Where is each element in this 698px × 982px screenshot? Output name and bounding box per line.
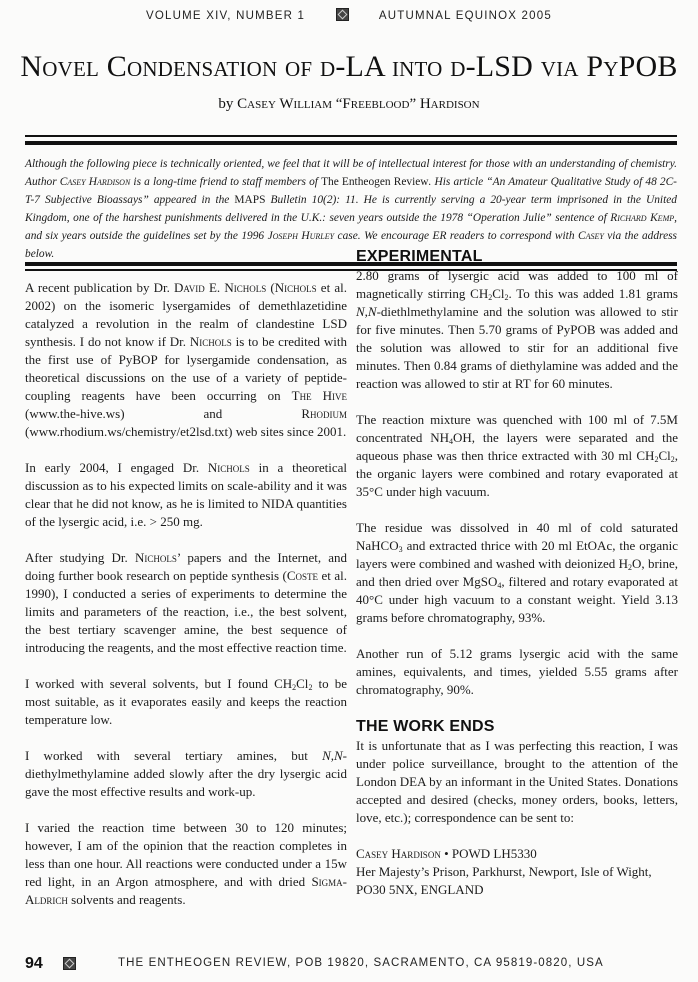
title-rule-thin [25, 135, 677, 137]
intro-text: case. We encourage ER readers to corresp… [334, 230, 578, 242]
byline-prefix: by [218, 96, 233, 112]
person-name: Nichols [135, 550, 177, 565]
left-column: A recent publication by Dr. David E. Nic… [25, 279, 347, 927]
byline: by Casey William “Freeblood” Hardison [0, 96, 698, 113]
text: Cl [658, 448, 670, 463]
celtic-knot-ornament-icon [63, 957, 76, 970]
issue-volume: VOLUME XIV, NUMBER 1 [146, 10, 305, 22]
prisoner-id: POWD LH5330 [452, 846, 537, 861]
paragraph: A recent publication by Dr. David E. Nic… [25, 279, 347, 441]
address-line-2: Her Majesty’s Prison, Parkhurst, Newport… [356, 863, 678, 881]
website-name: Rhodium [301, 406, 347, 421]
intro-text: is a long-time friend to staff members o… [130, 176, 321, 188]
section-heading-work-ends: THE WORK ENDS [356, 717, 678, 737]
text: (www.rhodium.ws/chemistry/et2lsd.txt) we… [25, 424, 346, 439]
person-name: David E. Nichols [174, 280, 266, 295]
paragraph: After studying Dr. Nichols’ papers and t… [25, 549, 347, 657]
mailing-address: Casey Hardison • POWD LH5330 Her Majesty… [356, 845, 678, 899]
paragraph: The residue was dissolved in 40 ml of co… [356, 519, 678, 627]
author-name: Casey Hardison [60, 176, 131, 188]
byline-author: Casey William “Freeblood” Hardison [237, 96, 479, 112]
paragraph: I worked with several tertiary amines, b… [25, 747, 347, 801]
citation-name: Coste [287, 568, 318, 583]
text: A recent publication by Dr. [25, 280, 174, 295]
person-name: Nichols [208, 460, 250, 475]
citation-name: Nichols [275, 280, 317, 295]
maps-name: MAPS [234, 194, 265, 206]
text: ( [266, 280, 275, 295]
text: -diethlmethylamine and the solution was … [356, 304, 678, 391]
address-line-3: PO30 5NX, ENGLAND [356, 881, 678, 899]
person-name: Richard Kemp [610, 212, 674, 224]
italic-text: N,N [356, 304, 377, 319]
text: I varied the reaction time between 30 to… [25, 820, 347, 889]
paragraph: 2.80 grams of lysergic acid was added to… [356, 267, 678, 393]
publisher-address: THE ENTHEOGEN REVIEW, POB 19820, SACRAME… [118, 957, 604, 969]
issue-date: AUTUMNAL EQUINOX 2005 [379, 10, 552, 22]
recipient-name: Casey Hardison [356, 846, 441, 861]
text: I worked with several tertiary amines, b… [25, 748, 322, 763]
paragraph: It is unfortunate that as I was perfecti… [356, 737, 678, 827]
celtic-knot-ornament-icon [336, 8, 349, 21]
person-name: Nichols [190, 334, 232, 349]
text: I worked with several solvents, but I fo… [25, 676, 292, 691]
text: solvents and reagents. [68, 892, 186, 907]
author-name: Casey [578, 230, 604, 242]
publication-name: The Entheogen Review [321, 176, 428, 188]
text: (www.the-hive.ws) and [25, 406, 301, 421]
person-name: Joseph Hurley [268, 230, 335, 242]
right-column: EXPERIMENTAL 2.80 grams of lysergic acid… [356, 247, 678, 899]
title-rule-thick [25, 141, 677, 145]
bullet-separator: • [441, 846, 452, 861]
paragraph: The reaction mixture was quenched with 1… [356, 411, 678, 501]
paragraph: I worked with several solvents, but I fo… [25, 675, 347, 729]
text: After studying Dr. [25, 550, 135, 565]
text: Cl [296, 676, 308, 691]
text: In early 2004, I engaged Dr. [25, 460, 208, 475]
paragraph: In early 2004, I engaged Dr. Nichols in … [25, 459, 347, 531]
paragraph: Another run of 5.12 grams lysergic acid … [356, 645, 678, 699]
section-heading-experimental: EXPERIMENTAL [356, 247, 678, 267]
page-number: 94 [25, 955, 43, 973]
text: . To this was added 1.81 grams [509, 286, 678, 301]
text: Cl [492, 286, 504, 301]
italic-text: N,N [322, 748, 343, 763]
running-head: VOLUME XIV, NUMBER 1 AUTUMNAL EQUINOX 20… [0, 9, 698, 22]
paragraph: I varied the reaction time between 30 to… [25, 819, 347, 909]
article-title: Novel Condensation of d-LA into d-LSD vi… [0, 50, 698, 84]
address-line-1: Casey Hardison • POWD LH5330 [356, 845, 678, 863]
website-name: The Hive [292, 388, 347, 403]
